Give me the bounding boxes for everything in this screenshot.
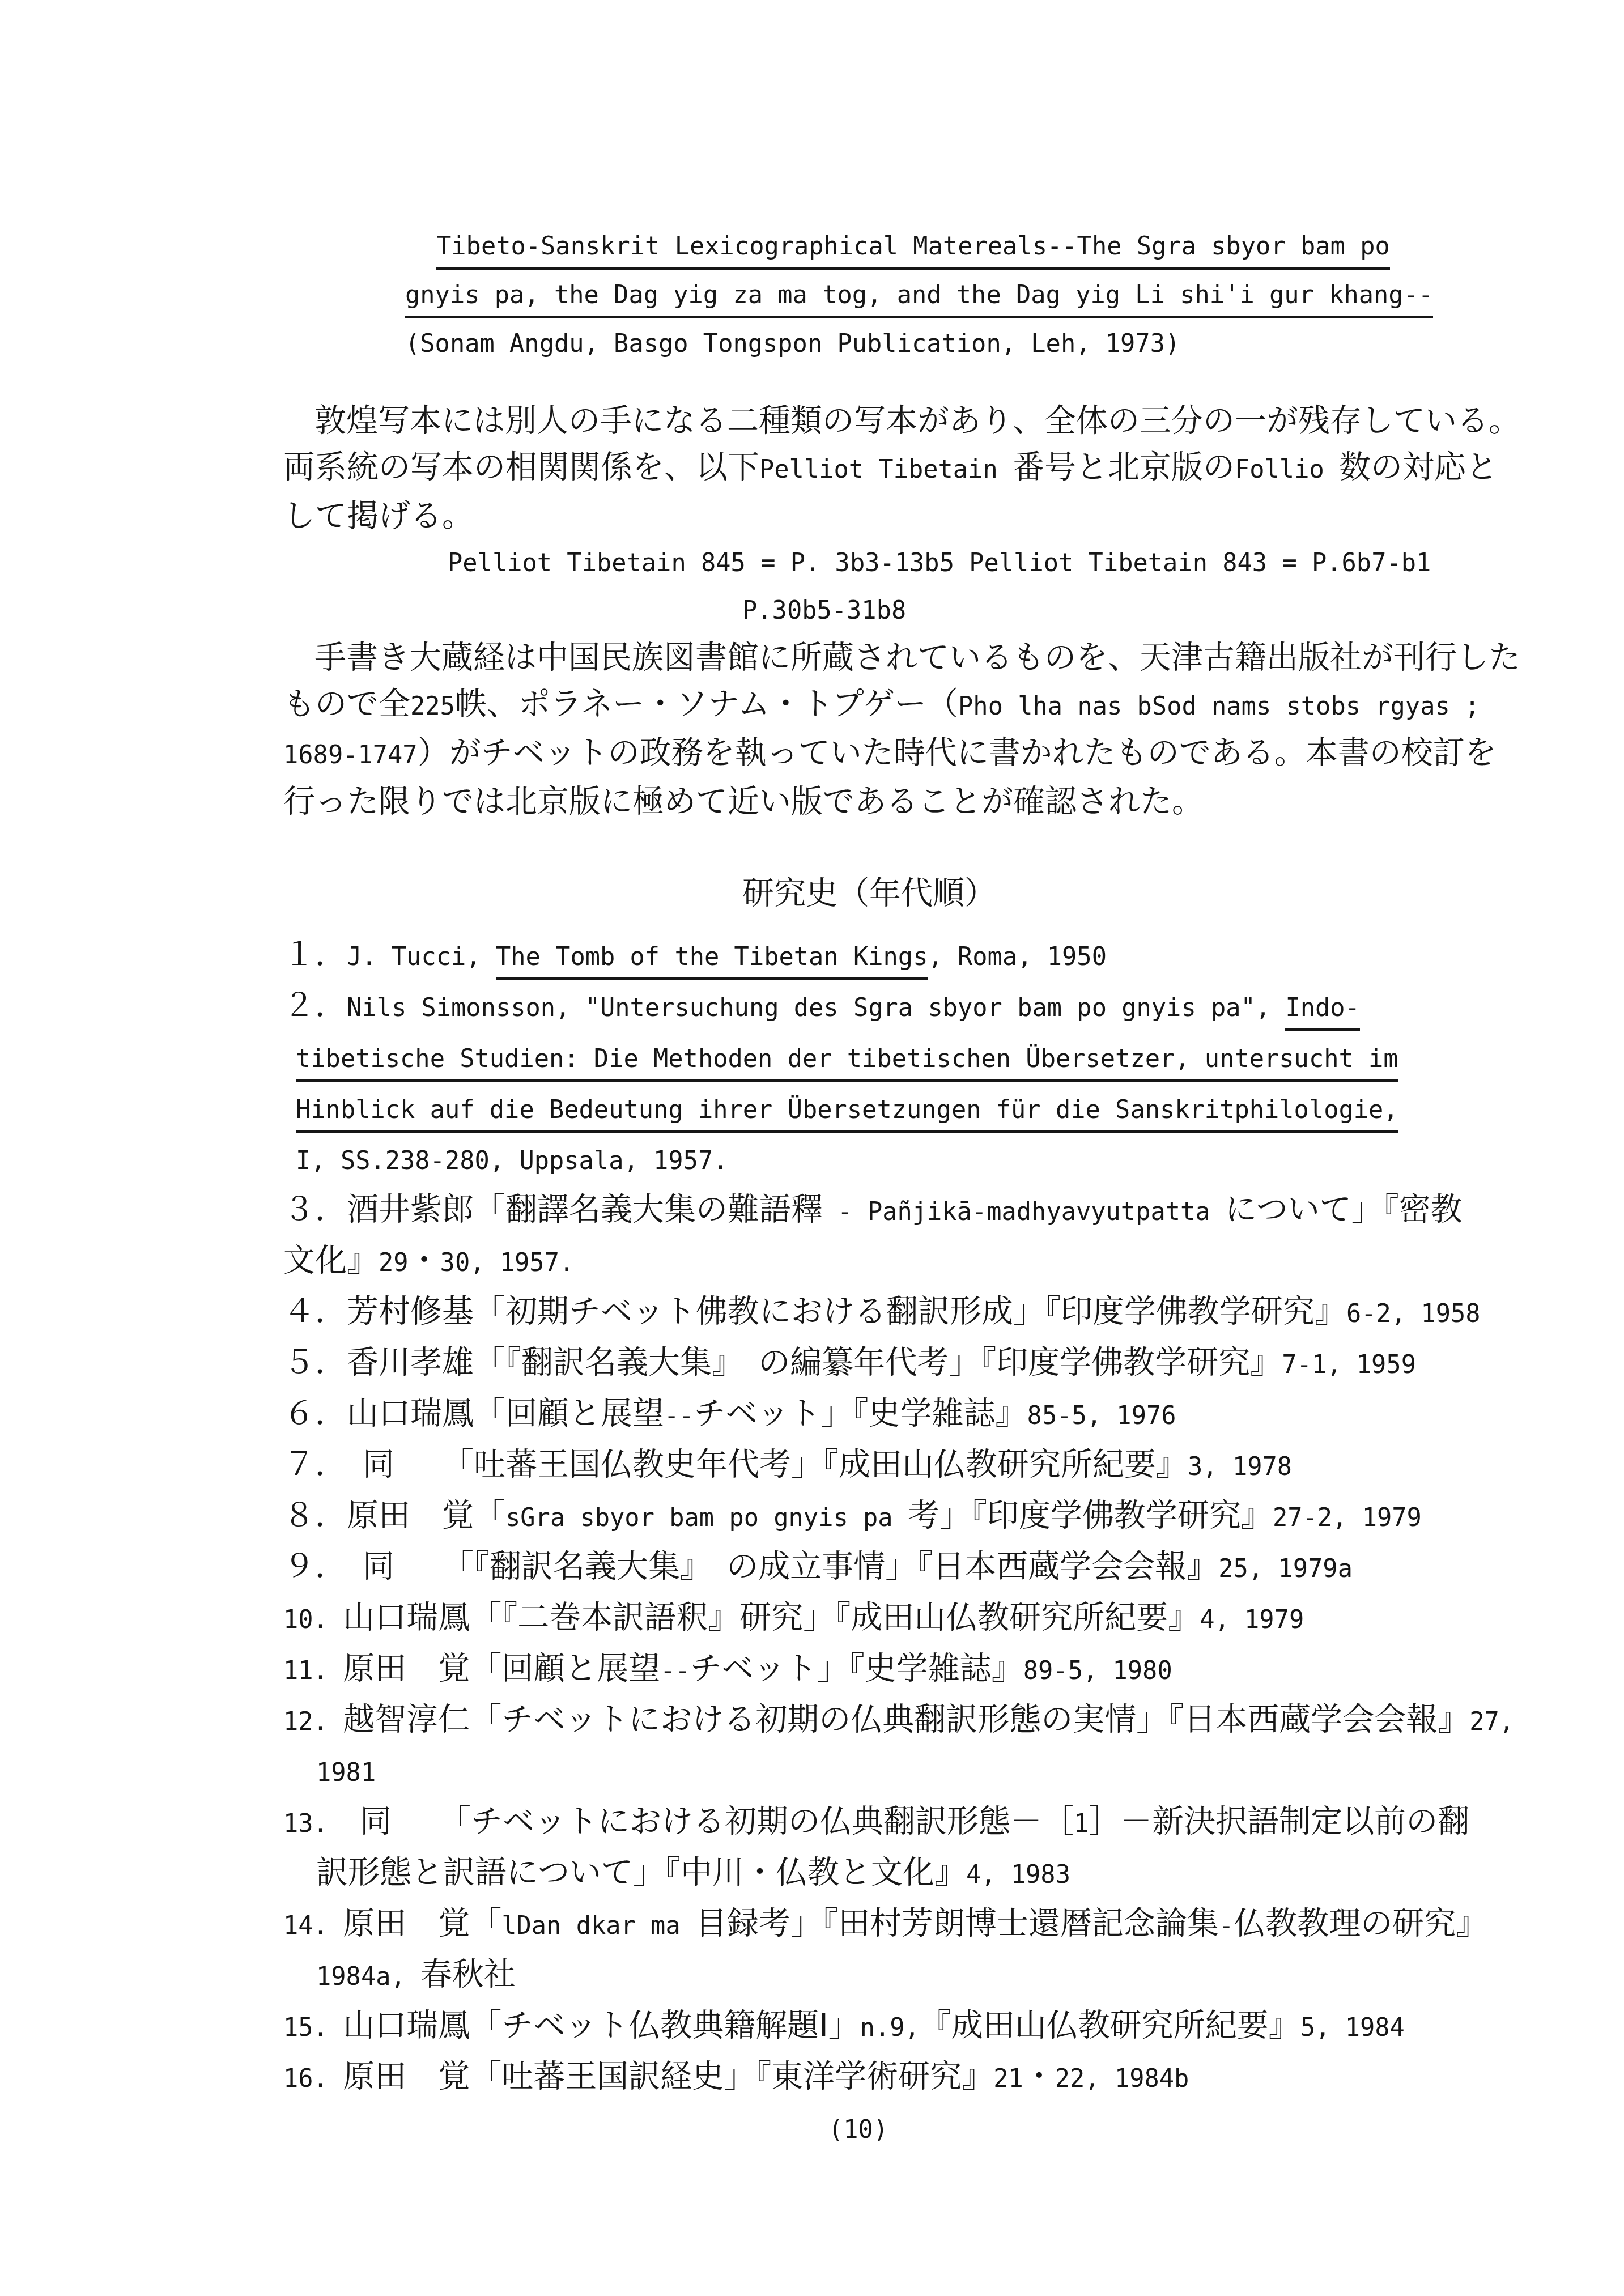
latin-text-run: 85-5, 1976 bbox=[1027, 1401, 1176, 1430]
latin-text-run: 12. bbox=[283, 1707, 343, 1736]
latin-text-run: Pho lha nas bSod nams stobs rgyas ; bbox=[958, 692, 1480, 721]
bibliography-item-13-line-1: 13. 同 「チベットにおける初期の仏典翻訳形態－［1］－新決択語制定以前の翻 bbox=[283, 1797, 1514, 1848]
latin-text-run: 4, 1983 bbox=[966, 1860, 1070, 1889]
bibliography-item-10-line-1: 10. 山口瑞鳳「『二巻本訳語釈』研究」『成田山仏教研究所紀要』4, 1979 bbox=[283, 1593, 1514, 1644]
bibliography-item-9-line-1: ９． 同 「『翻訳名義大集』 の成立事情」『日本西蔵学会会報』25, 1979a bbox=[283, 1542, 1514, 1593]
text-segment: 文化』29・30, 1957. bbox=[283, 1242, 574, 1279]
bibliography-item-8-line-1: ８．原田 覚「sGra sbyor bam po gnyis pa 考」『印度学… bbox=[283, 1491, 1514, 1542]
latin-text-run: n.9, bbox=[860, 2013, 920, 2042]
bibliography-item-12-line-1: 12. 越智淳仁「チベットにおける初期の仏典翻訳形態の実情」『日本西蔵学会会報』… bbox=[283, 1695, 1514, 1746]
text-segment: 1981 bbox=[316, 1752, 376, 1789]
section-heading: 研究史（年代順） bbox=[742, 868, 996, 913]
latin-text-run: , Roma, 1950 bbox=[928, 942, 1107, 971]
text-segment: , Roma, 1950 bbox=[928, 936, 1107, 973]
text-segment: 12. 越智淳仁「チベットにおける初期の仏典翻訳形態の実情」『日本西蔵学会会報』… bbox=[283, 1701, 1514, 1738]
text-segment: 訳形態と訳語について」『中川・仏教と文化』4, 1983 bbox=[316, 1854, 1070, 1891]
text-segment: ９． 同 「『翻訳名義大集』 の成立事情」『日本西蔵学会会報』25, 1979a bbox=[283, 1548, 1353, 1585]
latin-text-run: 15. bbox=[283, 2013, 343, 2042]
latin-text-run: -- bbox=[664, 1401, 694, 1430]
bibliography-item-2-line-3: Hinblick auf die Bedeutung ihrer Überset… bbox=[296, 1083, 1514, 1134]
latin-text-run: -- bbox=[660, 1656, 690, 1685]
latin-text-run: (10) bbox=[828, 2115, 888, 2144]
latin-text-run: 4, 1979 bbox=[1200, 1605, 1304, 1634]
bibliography-item-11-line-1: 11. 原田 覚「回顧と展望--チベット」『史学雑誌』89-5, 1980 bbox=[283, 1644, 1514, 1695]
underlined-text-segment: Indo- bbox=[1285, 987, 1359, 1031]
intro-paragraph-line-1: 敦煌写本には別人の手になる二種類の写本があり、全体の三分の一が残存している。 bbox=[283, 398, 1520, 444]
text-segment: ７． 同 「吐蕃王国仏教史年代考」『成田山仏教研究所紀要』3, 1978 bbox=[283, 1446, 1292, 1483]
underlined-text-segment: The Tomb of the Tibetan Kings bbox=[496, 936, 928, 980]
page-number: (10) bbox=[828, 2109, 888, 2146]
latin-text-run: 5, 1984 bbox=[1300, 2013, 1405, 2042]
text-segment: ６．山口瑞鳳「回顧と展望--チベット」『史学雑誌』85-5, 1976 bbox=[283, 1395, 1176, 1432]
bibliography-item-13-line-2: 訳形態と訳語について」『中川・仏教と文化』4, 1983 bbox=[316, 1848, 1514, 1899]
text-segment: 15. 山口瑞鳳「チベット仏教典籍解題Ⅰ」n.9,『成田山仏教研究所紀要』5, … bbox=[283, 2007, 1405, 2044]
text-segment: I, SS.238-280, Uppsala, 1957. bbox=[296, 1140, 728, 1177]
bibliography-item-2-line-1: ２．Nils Simonsson, "Untersuchung des Sgra… bbox=[283, 981, 1514, 1032]
text-segment: ５．香川孝雄「『翻訳名義大集』 の編纂年代考」『印度学佛教学研究』7-1, 19… bbox=[283, 1344, 1416, 1381]
bibliography-item-3-line-2: 文化』29・30, 1957. bbox=[283, 1236, 1514, 1287]
latin-text-run: 27-2, 1979 bbox=[1273, 1503, 1422, 1532]
text-segment: 11. 原田 覚「回顧と展望--チベット」『史学雑誌』89-5, 1980 bbox=[283, 1650, 1172, 1687]
manuscript-paragraph-line-3: 1689-1747）がチベットの政務を執っていた時代に書かれたものである。本書の… bbox=[283, 730, 1520, 779]
latin-text-run: Pelliot Tibetain 845 = P. 3b3-13b5 Pelli… bbox=[448, 549, 1431, 577]
latin-text-run bbox=[712, 1554, 726, 1583]
manuscript-paragraph-line-1: 手書き大蔵経は中国民族図書館に所蔵されているものを、天津古籍出版社が刊行した bbox=[283, 635, 1520, 681]
latin-text-run: Hinblick auf die Bedeutung ihrer Überset… bbox=[296, 1095, 1398, 1124]
text-segment: 1984a, 春秋社 bbox=[316, 1956, 516, 1993]
latin-text-run: 1981 bbox=[316, 1758, 376, 1787]
latin-text-run: 14. bbox=[283, 1911, 343, 1940]
latin-text-run: Follio bbox=[1235, 455, 1339, 484]
latin-text-run: gnyis pa, the Dag yig za ma tog, and the… bbox=[405, 280, 1433, 309]
text-segment: 14. 原田 覚「lDan dkar ma 目録考」『田村芳朗博士還暦記念論集-… bbox=[283, 1905, 1487, 1942]
latin-text-run: 25, 1979a bbox=[1218, 1554, 1353, 1583]
latin-text-run: 29 bbox=[379, 1248, 409, 1277]
latin-text-run bbox=[743, 1350, 758, 1379]
bibliography-item-12-line-2: 1981 bbox=[316, 1746, 1514, 1797]
bibliography-item-15-line-1: 15. 山口瑞鳳「チベット仏教典籍解題Ⅰ」n.9,『成田山仏教研究所紀要』5, … bbox=[283, 2001, 1514, 2052]
text-segment: ２．Nils Simonsson, "Untersuchung des Sgra… bbox=[283, 987, 1285, 1024]
bibliography-item-14-line-2: 1984a, 春秋社 bbox=[316, 1950, 1514, 2001]
latin-text-run: 27, bbox=[1469, 1707, 1514, 1736]
concordance-line-1: Pelliot Tibetain 845 = P. 3b3-13b5 Pelli… bbox=[448, 538, 1431, 586]
bibliography-item-5-line-1: ５．香川孝雄「『翻訳名義大集』 の編纂年代考」『印度学佛教学研究』7-1, 19… bbox=[283, 1338, 1514, 1389]
latin-text-run: 30, 1957. bbox=[440, 1248, 575, 1277]
bibliography-item-16-line-1: 16. 原田 覚「吐蕃王国訳経史」『東洋学術研究』21・22, 1984b bbox=[283, 2052, 1514, 2103]
bibliography-item-3-line-1: ３．酒井紫郎「翻譯名義大集の難語釋 - Pañjikā-madhyavyutpa… bbox=[283, 1185, 1514, 1236]
latin-text-run: - bbox=[1219, 1911, 1234, 1940]
bibliography-item-7-line-1: ７． 同 「吐蕃王国仏教史年代考」『成田山仏教研究所紀要』3, 1978 bbox=[283, 1440, 1514, 1491]
intro-paragraph-line-3: して掲げる。 bbox=[283, 493, 1520, 539]
underlined-text-segment: tibetische Studien: Die Methoden der tib… bbox=[296, 1038, 1398, 1082]
text-segment: 16. 原田 覚「吐蕃王国訳経史」『東洋学術研究』21・22, 1984b bbox=[283, 2058, 1189, 2095]
text-segment: ４．芳村修基「初期チベット佛教における翻訳形成」『印度学佛教学研究』6-2, 1… bbox=[283, 1293, 1481, 1330]
latin-text-run: 22, 1984b bbox=[1055, 2064, 1189, 2093]
latin-text-run: 1984a, bbox=[316, 1962, 420, 1991]
bibliography-item-14-line-1: 14. 原田 覚「lDan dkar ma 目録考」『田村芳朗博士還暦記念論集-… bbox=[283, 1899, 1514, 1950]
bibliography-item-2-line-4: I, SS.238-280, Uppsala, 1957. bbox=[296, 1134, 1514, 1185]
latin-text-run: 1 bbox=[1074, 1809, 1089, 1838]
latin-text-run: 225 bbox=[410, 692, 455, 721]
text-segment: 13. 同 「チベットにおける初期の仏典翻訳形態－［1］－新決択語制定以前の翻 bbox=[283, 1803, 1469, 1840]
latin-text-run: 89-5, 1980 bbox=[1023, 1656, 1172, 1685]
manuscript-paragraph-line-4: 行った限りでは北京版に極めて近い版であることが確認された。 bbox=[283, 779, 1520, 825]
intro-paragraph-line-2: 両系統の写本の相関関係を、以下Pelliot Tibetain 番号と北京版のF… bbox=[283, 444, 1520, 493]
bibliography-list: １．J. Tucci, The Tomb of the Tibetan King… bbox=[283, 930, 1514, 2103]
pelliot-concordance: Pelliot Tibetain 845 = P. 3b3-13b5 Pelli… bbox=[448, 538, 1431, 633]
latin-text-run: 13. bbox=[283, 1809, 328, 1838]
bibliography-item-6-line-1: ６．山口瑞鳳「回顧と展望--チベット」『史学雑誌』85-5, 1976 bbox=[283, 1389, 1514, 1440]
latin-text-run: tibetische Studien: Die Methoden der tib… bbox=[296, 1044, 1398, 1073]
bibliography-item-1-line-1: １．J. Tucci, The Tomb of the Tibetan King… bbox=[283, 930, 1514, 981]
text-segment: ８．原田 覚「sGra sbyor bam po gnyis pa 考」『印度学… bbox=[283, 1497, 1422, 1534]
latin-text-run: sGra sbyor bam po gnyis pa bbox=[505, 1503, 908, 1532]
latin-text-run: J. Tucci, bbox=[347, 942, 496, 971]
latin-text-run: 6-2, 1958 bbox=[1346, 1299, 1481, 1328]
text-segment: ３．酒井紫郎「翻譯名義大集の難語釋 - Pañjikā-madhyavyutpa… bbox=[283, 1191, 1463, 1228]
scanned-paper-page: Tibeto-Sanskrit Lexicographical Matereal… bbox=[0, 0, 1624, 2296]
document-title: Tibeto-Sanskrit Lexicographical Matereal… bbox=[405, 221, 1433, 367]
text-segment: １．J. Tucci, bbox=[283, 936, 496, 973]
latin-text-run: Nils Simonsson, "Untersuchung des Sgra s… bbox=[347, 993, 1285, 1022]
title-line-3: (Sonam Angdu, Basgo Tongspon Publication… bbox=[405, 318, 1433, 367]
latin-text-run: P.30b5-31b8 bbox=[742, 596, 906, 625]
latin-text-run: I, SS.238-280, Uppsala, 1957. bbox=[296, 1146, 728, 1175]
bibliography-item-4-line-1: ４．芳村修基「初期チベット佛教における翻訳形成」『印度学佛教学研究』6-2, 1… bbox=[283, 1287, 1514, 1338]
manuscript-paragraph-line-2: もので全225帙、ポラネー・ソナム・トプゲー（Pho lha nas bSod … bbox=[283, 681, 1520, 730]
latin-text-run: 3, 1978 bbox=[1188, 1452, 1292, 1481]
title-underlined-text-1: Tibeto-Sanskrit Lexicographical Matereal… bbox=[436, 226, 1390, 270]
latin-text-run: 7-1, 1959 bbox=[1282, 1350, 1416, 1379]
latin-text-run: - Pañjikā-madhyavyutpatta bbox=[823, 1197, 1225, 1226]
latin-text-run: (Sonam Angdu, Basgo Tongspon Publication… bbox=[405, 329, 1180, 358]
latin-text-run: Pelliot Tibetain bbox=[759, 455, 1013, 484]
latin-text-run: 11. bbox=[283, 1656, 343, 1685]
text-segment: 10. 山口瑞鳳「『二巻本訳語釈』研究」『成田山仏教研究所紀要』4, 1979 bbox=[283, 1599, 1304, 1636]
latin-text-run: Tibeto-Sanskrit Lexicographical Matereal… bbox=[436, 232, 1390, 261]
title-underlined-text-2: gnyis pa, the Dag yig za ma tog, and the… bbox=[405, 274, 1433, 318]
latin-text-run: 21 bbox=[993, 2064, 1023, 2093]
bibliography-item-2-line-2: tibetische Studien: Die Methoden der tib… bbox=[296, 1032, 1514, 1083]
title-line-1: Tibeto-Sanskrit Lexicographical Matereal… bbox=[436, 221, 1433, 270]
latin-text-run: 1689-1747 bbox=[283, 741, 418, 769]
latin-text-run: Indo- bbox=[1285, 993, 1359, 1022]
title-line-2: gnyis pa, the Dag yig za ma tog, and the… bbox=[405, 270, 1433, 318]
manuscript-paragraph: 手書き大蔵経は中国民族図書館に所蔵されているものを、天津古籍出版社が刊行した も… bbox=[283, 635, 1520, 825]
latin-text-run: The Tomb of the Tibetan Kings bbox=[496, 942, 928, 971]
concordance-line-2: P.30b5-31b8 bbox=[742, 586, 1431, 633]
latin-text-run: 10. bbox=[283, 1605, 343, 1634]
intro-paragraph: 敦煌写本には別人の手になる二種類の写本があり、全体の三分の一が残存している。 両… bbox=[283, 398, 1520, 539]
underlined-text-segment: Hinblick auf die Bedeutung ihrer Überset… bbox=[296, 1089, 1398, 1133]
latin-text-run: lDan dkar ma bbox=[501, 1911, 695, 1940]
latin-text-run: 16. bbox=[283, 2064, 343, 2093]
